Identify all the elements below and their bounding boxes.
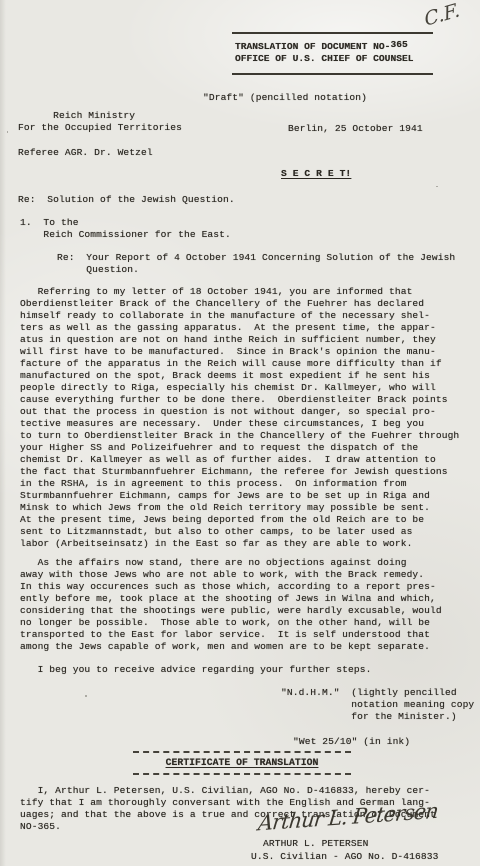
scan-speckle: [85, 695, 87, 697]
sender-block: Reich Ministry For the Occupied Territor…: [18, 110, 182, 134]
header-line-1: TRANSLATION OF DOCUMENT NO-365: [235, 41, 433, 53]
body-paragraph-1: Referring to my letter of 18 October 194…: [20, 286, 459, 550]
translation-header: TRANSLATION OF DOCUMENT NO-365 OFFICE OF…: [232, 32, 433, 75]
referee-line: Referee AGR. Dr. Wetzel: [18, 147, 153, 159]
classification-stamp: S E C R E T!: [281, 168, 351, 180]
body-paragraph-2: As the affairs now stand, there are no o…: [20, 557, 442, 653]
certificate-title: CERTIFICATE OF TRANSLATION: [133, 757, 351, 768]
closing-line: I beg you to receive advice regarding yo…: [20, 664, 371, 676]
signature-typed-name: ARTHUR L. PETERSEN: [263, 838, 368, 850]
draft-notation: "Draft" (pencilled notation): [203, 92, 367, 104]
header-line-2: OFFICE OF U.S. CHIEF OF COUNSEL: [235, 53, 433, 65]
reference-block: Re: Your Report of 4 October 1941 Concer…: [57, 252, 455, 276]
handwritten-initials: C.F.: [423, 0, 462, 31]
signature-title-line: U.S. Civilian - AGO No. D-416833: [251, 851, 438, 863]
document-number: 365: [390, 39, 407, 50]
minister-copy-note: "N.d.H.M." (lightly pencilled notation m…: [281, 687, 474, 723]
scan-speckle: [7, 131, 8, 133]
document-page: C.F. TRANSLATION OF DOCUMENT NO-365 OFFI…: [0, 0, 480, 866]
subject-line: Re: Solution of the Jewish Question.: [18, 194, 235, 206]
certificate-title-box: CERTIFICATE OF TRANSLATION: [133, 751, 351, 775]
dateline: Berlin, 25 October 1941: [288, 123, 423, 135]
addressee-block: 1. To the Reich Commissioner for the Eas…: [20, 217, 231, 241]
scan-speckle: [436, 186, 438, 187]
header-title-text: TRANSLATION OF DOCUMENT NO-: [235, 41, 390, 52]
ink-date-note: "Wet 25/10" (in ink): [293, 736, 410, 748]
